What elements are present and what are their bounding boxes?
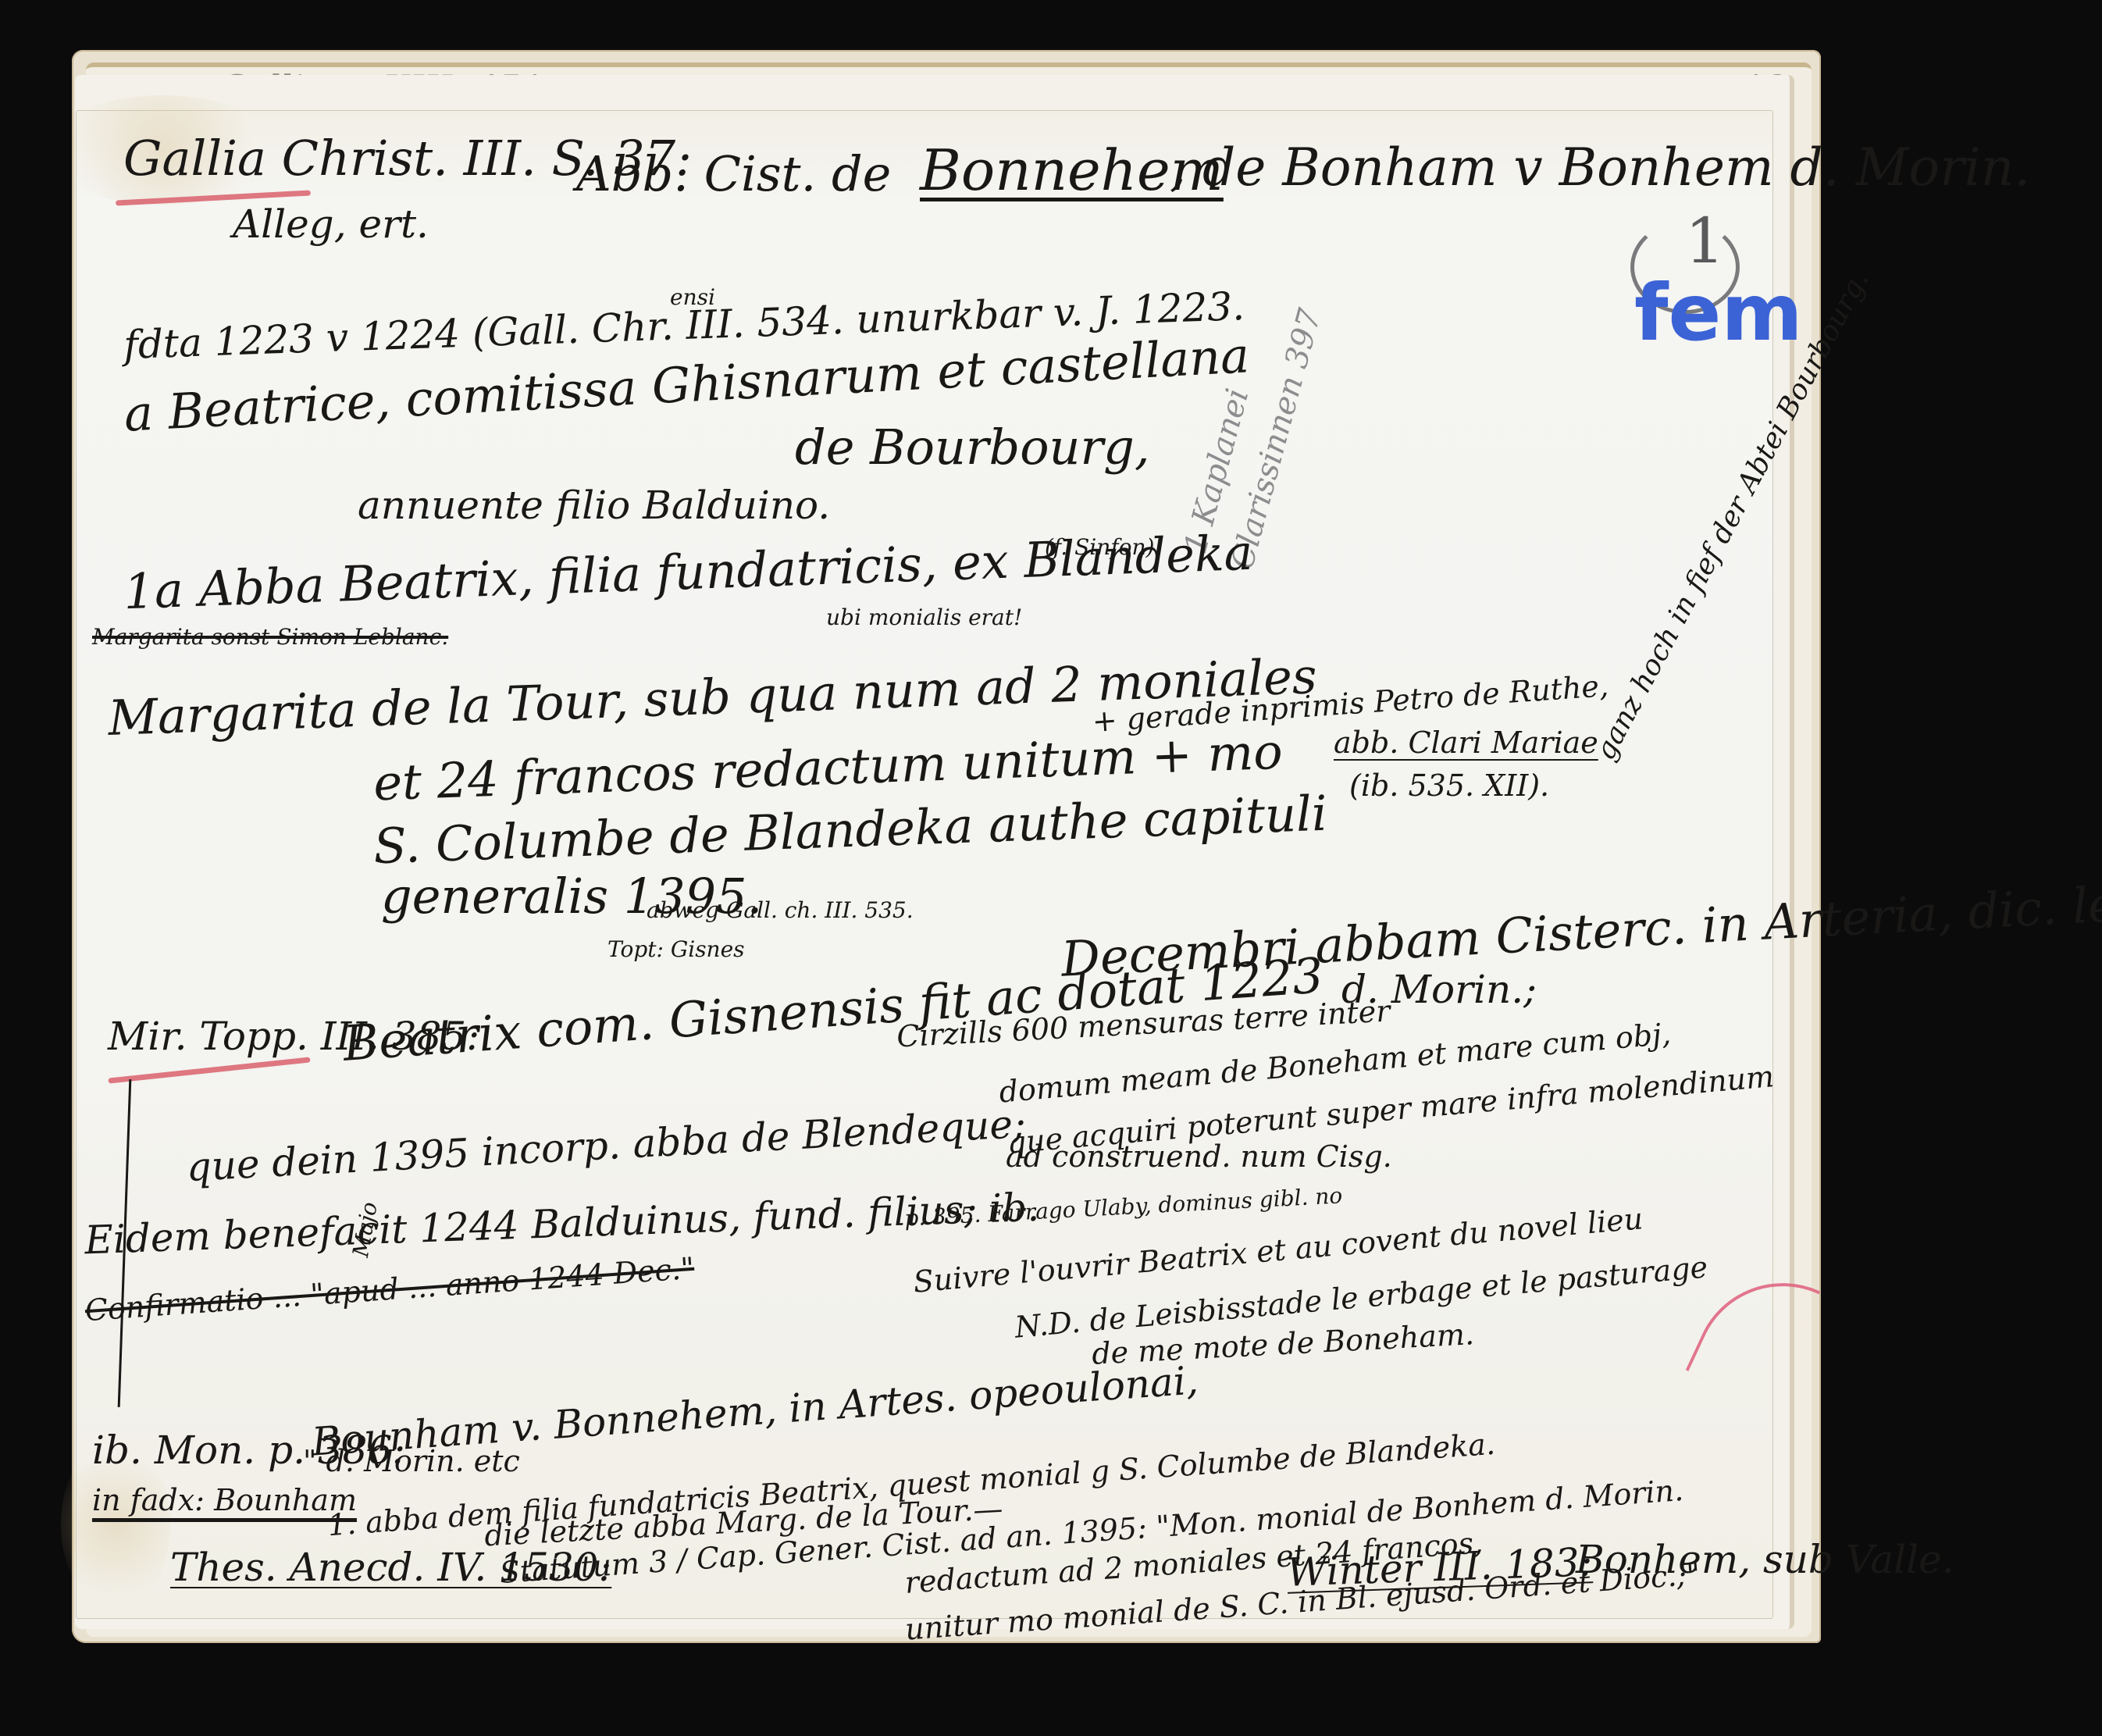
side-note-line: (ib. 535. XII). [1349,771,1549,800]
entry-line: Eidem benefacit 1244 Balduinus, fund. fi… [84,1188,1040,1260]
entry-reference: Winter III. 183: [1286,1542,1593,1592]
superscript-note: ensi [670,287,715,308]
manuscript-page: Gallia Christ. III. S. 37: Alleg, ert. A… [77,111,1772,1618]
entry-line: " d. Morin. etc [303,1446,520,1476]
struck-line: Confirmatio ... "apud ... anno 1244 Dec.… [84,1253,696,1325]
side-note-line: abb. Clari Mariae [1334,728,1598,757]
entry-line: de Bourbourg, [795,423,1150,472]
margin-note-struck: Margarita sonst Simon Leblanc. [92,626,448,648]
superscript-note: Topt: Gisnes [607,939,745,961]
entry-line: Decembri abbam Cisterc. in Arteria, dic.… [1060,864,2102,983]
entry-reference-index: in fadx: Bounham [92,1485,357,1515]
red-underline [108,1057,310,1083]
entry-line: que dein 1395 incorp. abba de Blendeque; [185,1104,1026,1187]
sub-note: ubi monialis erat! [826,607,1022,629]
entry-line: annuente filio Balduino. [358,486,830,525]
reference-note: abweg Gall. ch. III. 535. [647,900,914,921]
title-variants: , de Bonham v Bonhem d. Morin. [1170,142,2030,194]
title-prefix: Abb. Cist. de [576,150,891,198]
entry-line: Bonhem, sub Valle. [1576,1540,1954,1579]
source-subref: Alleg, ert. [233,205,429,244]
blue-pencil-label: fem [1634,267,1803,358]
side-note: (f. Sinfon) [1045,536,1154,558]
quote-line: ad construend. num Cisg. [1006,1142,1392,1171]
